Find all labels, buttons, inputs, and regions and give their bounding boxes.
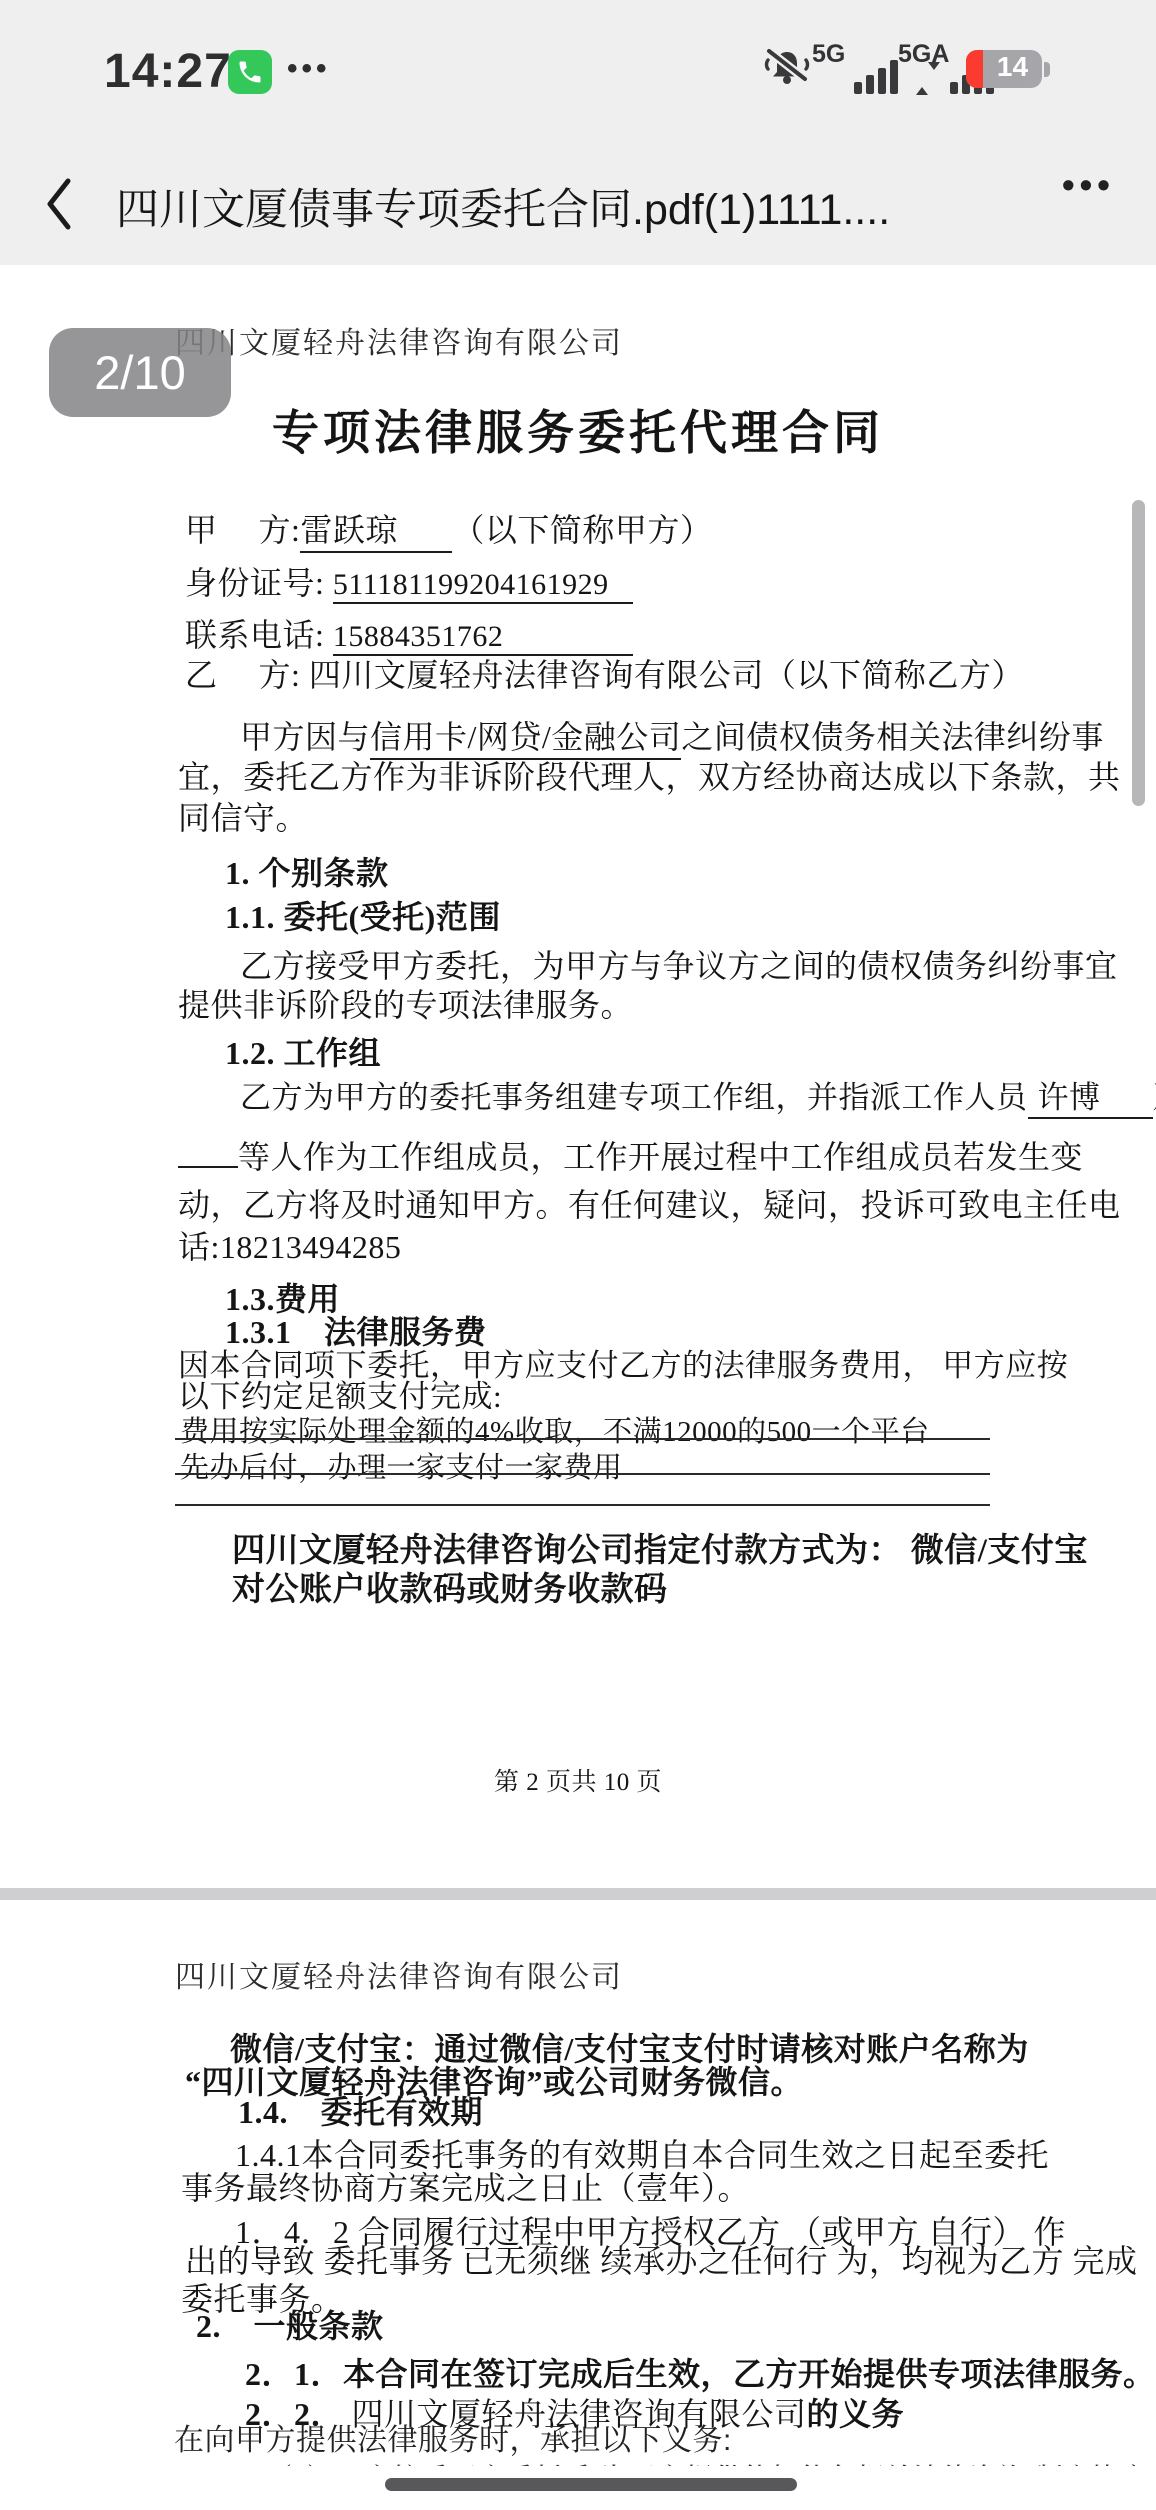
network-type-5g: 5G xyxy=(812,40,845,69)
battery-icon: 14 xyxy=(966,50,1042,88)
network-type-5ga: 5GA xyxy=(898,40,949,69)
chevron-left-icon xyxy=(43,176,73,232)
section-2-2-body: 在向甲方提供法律服务时，承担以下义务: xyxy=(174,2415,732,2459)
signal-group-sim1: 5G xyxy=(812,40,898,98)
section-1-heading: 1. 个别条款 xyxy=(225,848,389,894)
section-1-2-line4: 话:18213494285 xyxy=(178,1222,401,1268)
fee-table-rule2 xyxy=(175,1473,990,1475)
nav-bar: 四川文厦债事专项委托合同.pdf(1)1111.... ••• xyxy=(0,150,1156,262)
party-b-line: 乙 方: 四川文厦轻舟法律咨询有限公司（以下简称乙方） xyxy=(185,650,1024,696)
document-title: 四川文厦债事专项委托合同.pdf(1)1111.... xyxy=(116,176,1016,237)
party-a-suffix: （以下简称甲方） xyxy=(452,512,712,548)
section-1-4-heading: 1.4. 委托有效期 xyxy=(238,2087,483,2133)
tel-label: 联系电话: xyxy=(185,617,333,653)
staff-name-underlined: 许博 xyxy=(1028,1072,1153,1119)
page2-footer: 第 2 页共 10 页 xyxy=(0,1762,1156,1798)
battery-low-fill xyxy=(966,50,983,88)
mute-vibrate-icon xyxy=(762,46,812,92)
section-1-2-line2: 等人作为工作组成员，工作开展过程中工作组成员若发生变 xyxy=(178,1132,1083,1178)
section-1-2-line3: 动，乙方将及时通知甲方。有任何建议，疑问，投诉可致电主任电 xyxy=(178,1180,1121,1226)
id-value: 511181199204161929 xyxy=(333,568,633,604)
section-1-2-line1: 乙方为甲方的委托事务组建专项工作组，并指派工作人员许博及 xyxy=(240,1072,1156,1119)
battery-percent: 14 xyxy=(983,51,1042,83)
section-1-1-line2: 提供非诉阶段的专项法律服务。 xyxy=(178,980,633,1026)
party-b-value: 四川文厦轻舟法律咨询有限公司（以下简称乙方） xyxy=(309,657,1024,693)
phone-icon xyxy=(236,58,264,86)
more-options-button[interactable]: ••• xyxy=(1062,164,1115,206)
id-label: 身份证号: xyxy=(185,565,333,601)
scrollbar-thumb[interactable] xyxy=(1132,500,1145,806)
signal-bars-icon xyxy=(854,60,898,94)
data-arrows-icon xyxy=(916,70,928,92)
party-a-line: 甲 方:雷跃琼（以下简称甲方） xyxy=(185,505,712,553)
battery-cap xyxy=(1044,62,1050,77)
status-more-dots: ••• xyxy=(287,52,331,86)
status-nav-area: 14:27 ••• 5G 5GA xyxy=(0,0,1156,265)
blank-underline xyxy=(178,1166,238,1168)
section-1-1-heading: 1.1. 委托(受托)范围 xyxy=(225,892,501,938)
clipped-text-line: （1）乙方接受甲方委托后 为甲方提供债权债务相关法律咨询 制定协商方案 维护甲方… xyxy=(264,2457,1156,2466)
back-button[interactable] xyxy=(36,174,80,234)
page-indicator-badge: 2/10 xyxy=(49,328,231,417)
fee-table-rule1 xyxy=(175,1438,990,1440)
section-2-heading: 2. 一般条款 xyxy=(196,2301,384,2347)
fee-table-row1: 费用按实际处理金额的4%收取，不满12000的500一个平台 xyxy=(180,1409,930,1450)
fee-table-rule3 xyxy=(175,1504,990,1506)
party-a-name: 雷跃琼 xyxy=(300,505,452,553)
party-a-label: 甲 方: xyxy=(185,512,300,548)
fee-table-row2: 先办后付，办理一家支付一家费用 xyxy=(180,1445,623,1486)
intro-line2: 宜，委托乙方作为非诉阶段代理人，双方经协商达成以下条款，共 xyxy=(178,752,1121,798)
section-1-2-heading: 1.2. 工作组 xyxy=(225,1028,381,1074)
id-number-line: 身份证号: 511181199204161929 xyxy=(185,558,633,604)
status-time: 14:27 xyxy=(104,44,232,99)
page-separator xyxy=(0,1888,1156,1900)
section-1-4-1-line2: 事务最终协商方案完成之日止（壹年）。 xyxy=(181,2163,750,2209)
intro-line3: 同信守。 xyxy=(178,793,308,839)
active-call-indicator[interactable] xyxy=(228,50,272,94)
page2-company-header: 四川文厦轻舟法律咨询有限公司 xyxy=(175,318,623,362)
home-indicator[interactable] xyxy=(385,2478,797,2491)
screen: 14:27 ••• 5G 5GA xyxy=(0,0,1156,2510)
payment-method-line2: 对公账户收款码或财务收款码 xyxy=(232,1563,668,1610)
page3-company-header: 四川文厦轻舟法律咨询有限公司 xyxy=(175,1952,623,1996)
party-b-label: 乙 方: xyxy=(185,657,309,693)
